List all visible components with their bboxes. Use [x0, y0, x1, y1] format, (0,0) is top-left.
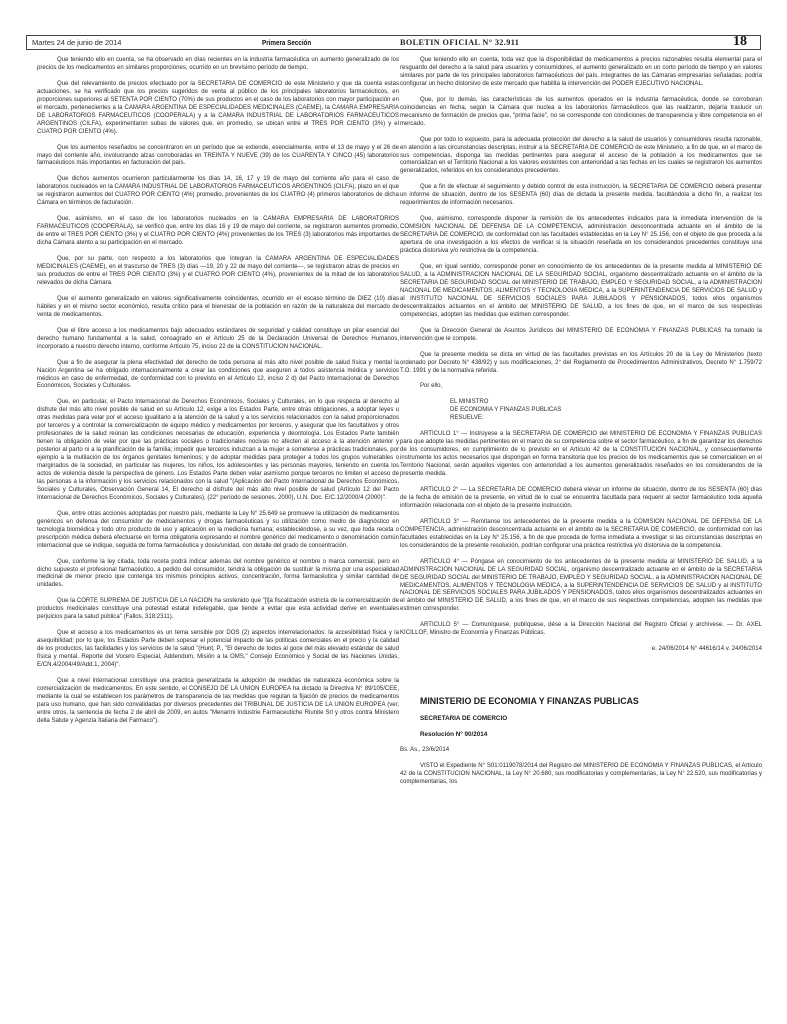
- section-spacer: [400, 662, 762, 696]
- resolves-line: RESUELVE:: [450, 415, 762, 423]
- resolves-block: EL MINISTRO DE ECONOMIA Y FINANZAS PUBLI…: [450, 399, 762, 423]
- paragraph: Por ello,: [400, 383, 762, 391]
- right-column: Que teniendo ello en cuenta, toda vez qu…: [400, 57, 762, 795]
- secretariat-heading: SECRETARIA DE COMERCIO: [400, 715, 762, 723]
- paragraph: Que teniendo ello en cuenta, se ha obser…: [37, 57, 399, 73]
- paragraph: Que el acceso a los medicamentos es un t…: [37, 630, 399, 670]
- paragraph: Que teniendo ello en cuenta, toda vez qu…: [400, 57, 762, 89]
- paragraph: Que el libre acceso a los medicamentos b…: [37, 328, 399, 352]
- paragraph: Que, por lo demás, las características d…: [400, 97, 762, 129]
- paragraph: Que del relevamiento de precios efectuad…: [37, 81, 399, 137]
- paragraph: Que la Dirección General de Asuntos Jurí…: [400, 328, 762, 344]
- paragraph: Que la presente medida se dicta en virtu…: [400, 352, 762, 376]
- header-section: Primera Sección: [262, 38, 317, 47]
- paragraph: Que a nivel internacional constituye una…: [37, 678, 399, 726]
- page-number: 18: [733, 34, 747, 50]
- left-column: Que teniendo ello en cuenta, se ha obser…: [37, 57, 399, 734]
- publication-reference: e. 24/06/2014 N° 44616/14 v. 24/06/2014: [400, 646, 762, 654]
- header-date: Martes 24 de junio de 2014: [32, 38, 121, 47]
- place-date: Bs. As., 23/6/2014: [400, 747, 762, 755]
- article-2: ARTICULO 2° — La SECRETARIA DE COMERCIO …: [400, 487, 762, 511]
- paragraph: Que, conforme la ley citada, toda receta…: [37, 559, 399, 591]
- paragraph: Que, asimismo, corresponde disponer la r…: [400, 216, 762, 256]
- paragraph: Que a fin de efectuar el seguimiento y d…: [400, 184, 762, 208]
- paragraph: Que, por su parte, con respecto a los la…: [37, 256, 399, 288]
- paragraph: Que dichos aumentos ocurrieron particula…: [37, 176, 399, 208]
- paragraph: Que el aumento generalizado en valores s…: [37, 296, 399, 320]
- resolution-heading: Resolución N° 90/2014: [400, 731, 762, 739]
- header-bulletin-number: BOLETIN OFICIAL N° 32.911: [400, 38, 519, 47]
- paragraph: Que a fin de asegurar la plena efectivid…: [37, 360, 399, 392]
- resolves-line: DE ECONOMIA Y FINANZAS PUBLICAS: [450, 407, 762, 415]
- paragraph: Que los aumentos reseñados se concentrar…: [37, 145, 399, 169]
- paragraph: Que por todo lo expuesto, para la adecua…: [400, 137, 762, 177]
- article-3: ARTICULO 3° — Remítanse los antecedentes…: [400, 519, 762, 551]
- article-4: ARTICULO 4° — Póngase en conocimiento de…: [400, 559, 762, 615]
- paragraph: Que, en particular, el Pacto Internacion…: [37, 399, 399, 502]
- ministry-heading: MINISTERIO DE ECONOMIA Y FINANZAS PUBLIC…: [400, 696, 762, 707]
- page-header: Martes 24 de junio de 2014 Primera Secci…: [26, 35, 761, 50]
- paragraph: Que la CORTE SUPREMA DE JUSTICIA DE LA N…: [37, 598, 399, 622]
- resolves-line: EL MINISTRO: [450, 399, 762, 407]
- paragraph: Que, entre otras acciones adoptadas por …: [37, 511, 399, 551]
- article-1: ARTICULO 1° — Instrúyese a la SECRETARIA…: [400, 431, 762, 479]
- visto-paragraph: VISTO el Expediente N° S01:0119078/2014 …: [400, 763, 762, 787]
- paragraph: Que, en igual sentido, corresponde poner…: [400, 264, 762, 320]
- article-5: ARTICULO 5° — Comuníquese, publíquese, d…: [400, 622, 762, 638]
- paragraph: Que, asimismo, en el caso de los laborat…: [37, 216, 399, 248]
